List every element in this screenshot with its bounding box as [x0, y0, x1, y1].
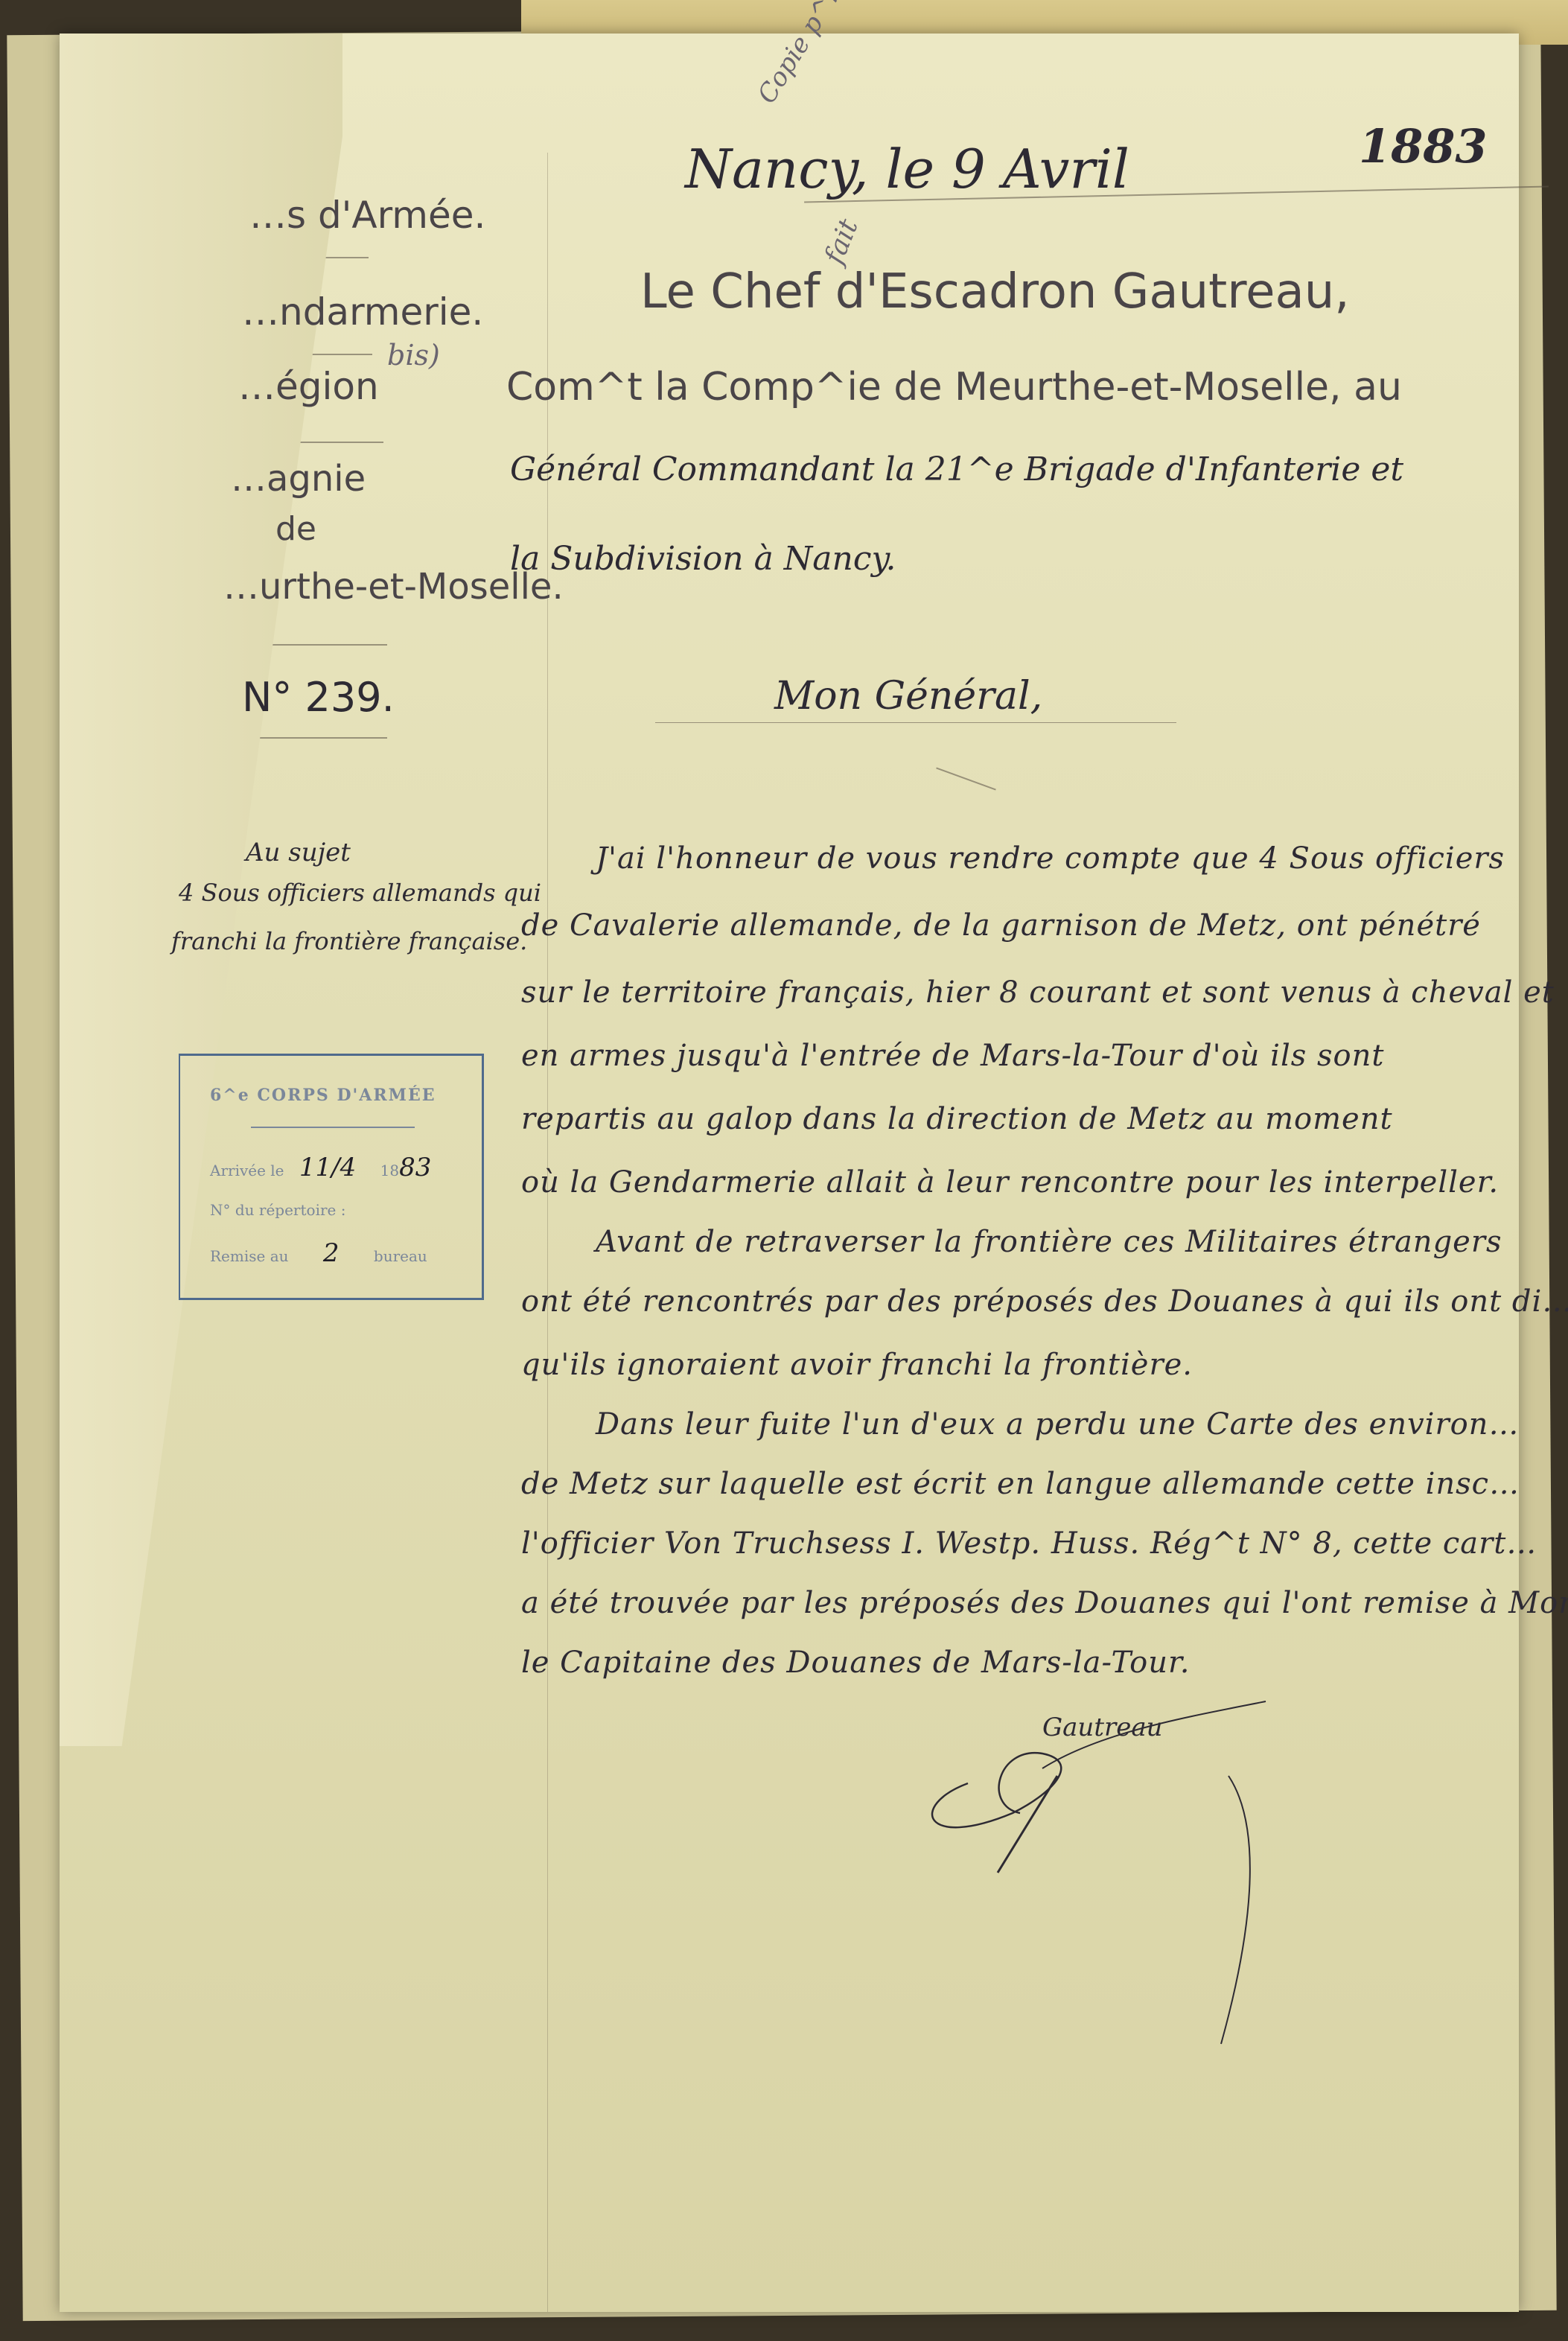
- body-p1-line-1: J'ai l'honneur de vous rendre compte que…: [596, 841, 1505, 876]
- signature-name: Gautreau: [1042, 1713, 1163, 1742]
- left-region: …égion: [238, 365, 379, 408]
- body-p2-line-2: ont été rencontrés par des préposés des …: [521, 1284, 1568, 1319]
- register-number: N° 239.: [242, 674, 395, 721]
- salutation-rule: [655, 722, 1176, 723]
- left-corps: …s d'Armée.: [249, 194, 485, 237]
- stamp-register: N° du répertoire :: [210, 1201, 345, 1219]
- body-p3-line-3: l'officier Von Truchsess I. Westp. Huss.…: [521, 1526, 1537, 1561]
- stamp-rule: [251, 1127, 415, 1128]
- body-p1-line-3: sur le territoire français, hier 8 coura…: [521, 975, 1555, 1010]
- year: 1883: [1359, 119, 1488, 173]
- left-of: de: [275, 510, 316, 548]
- body-p3-line-5: le Capitaine des Douanes de Mars-la-Tour…: [521, 1646, 1190, 1680]
- stamp-handed-value: 2: [323, 1238, 340, 1268]
- stamp-bureau-label: bureau: [374, 1247, 427, 1265]
- stamp-arrived-label: Arrivée le: [210, 1162, 284, 1179]
- body-p1-line-4: en armes jusqu'à l'entrée de Mars-la-Tou…: [521, 1039, 1384, 1073]
- subject-line-2: franchi la frontière française.: [171, 927, 527, 955]
- pencil-annotation-2: fait: [819, 215, 864, 269]
- stamp-year-prefix: 18: [380, 1162, 399, 1179]
- signature-flourish-icon: [908, 1687, 1355, 2059]
- body-p3-line-4: a été trouvée par les préposés des Douan…: [521, 1586, 1568, 1620]
- addressee-line-3: Général Commandant la 21^e Brigade d'Inf…: [510, 450, 1403, 488]
- place-date: Nancy, le 9 Avril: [685, 138, 1129, 200]
- addressee-line-4: la Subdivision à Nancy.: [510, 540, 896, 578]
- salutation: Mon Général,: [774, 674, 1042, 719]
- letter-page: Copie p^r Berlin fait Nancy, le 9 Avril …: [60, 34, 1519, 2312]
- receipt-stamp: 6^e CORPS D'ARMÉE Arrivée le 11/4 1883 N…: [179, 1054, 484, 1300]
- subject-title: Au sujet: [246, 838, 351, 867]
- body-p1-line-5: repartis au galop dans la direction de M…: [521, 1102, 1393, 1136]
- left-region-suffix: bis): [387, 339, 440, 372]
- left-service: …ndarmerie.: [242, 290, 483, 334]
- body-p1-line-2: de Cavalerie allemande, de la garnison d…: [521, 908, 1481, 943]
- body-p2-line-3: qu'ils ignoraient avoir franchi la front…: [521, 1348, 1193, 1382]
- addressee-line-1: Le Chef d'Escadron Gautreau,: [640, 264, 1350, 319]
- body-p3-line-1: Dans leur fuite l'un d'eux a perdu une C…: [596, 1407, 1519, 1442]
- stamp-handed: Remise au 2 bureau: [210, 1238, 427, 1268]
- body-p2-line-1: Avant de retraverser la frontière ces Mi…: [596, 1225, 1502, 1259]
- stamp-handed-label: Remise au: [210, 1247, 289, 1265]
- left-company: …agnie: [231, 458, 366, 500]
- stamp-arrived-date: 11/4: [299, 1153, 356, 1182]
- left-department: …urthe-et-Moselle.: [223, 566, 564, 608]
- salutation-dash: [936, 768, 996, 791]
- annotation-line2: fait: [819, 215, 864, 269]
- stamp-corps: 6^e CORPS D'ARMÉE: [210, 1086, 436, 1105]
- body-p1-line-6: où la Gendarmerie allait à leur rencontr…: [521, 1165, 1499, 1200]
- subject-line-1: 4 Sous officiers allemands qui: [179, 879, 541, 907]
- addressee-line-2: Com^t la Comp^ie de Meurthe-et-Moselle, …: [506, 365, 1402, 410]
- stamp-year-suffix: 83: [399, 1153, 431, 1182]
- body-p3-line-2: de Metz sur laquelle est écrit en langue…: [521, 1467, 1520, 1501]
- stamp-arrived: Arrivée le 11/4 1883: [210, 1153, 431, 1182]
